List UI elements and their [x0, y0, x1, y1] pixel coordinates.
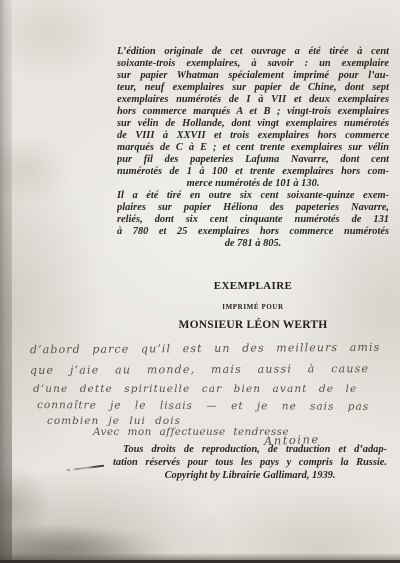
limitation-line: de 781 à 805. — [117, 238, 389, 250]
limitation-statement: L’édition originale de cet ouvrage a été… — [117, 46, 389, 190]
rights-line: Tous droits de reproduction, de traducti… — [113, 443, 387, 456]
dedication-line: connaître je le lisais — et je ne sais p… — [37, 399, 369, 413]
rights-line: tation réservés pour tous les pays y com… — [113, 456, 387, 469]
limitation-line: hors commerce marqués A et B ; vingt-tro… — [117, 106, 389, 118]
book-colophon-page: L’édition originale de cet ouvrage a été… — [0, 0, 400, 563]
limitation-line: soixante-trois exemplaires, à savoir : u… — [117, 58, 389, 70]
limitation-line: sur vélin de Hollande, dont vingt exempl… — [117, 118, 389, 130]
limitation-line: marqués de C à E ; et cent trente exempl… — [117, 142, 389, 154]
printed-for-label: IMPRIMÉ POUR — [117, 303, 389, 311]
exemplaire-heading: EXEMPLAIRE — [117, 280, 389, 292]
dedication-line: d’abord parce qu’il est un des meilleurs… — [30, 341, 380, 356]
limitation-line: L’édition originale de cet ouvrage a été… — [117, 46, 389, 58]
limitation-line: de VIII à XXVII et trois exemplaires hor… — [117, 130, 389, 142]
limitation-line: teur, neuf exemplaires sur papier de Chi… — [117, 82, 389, 94]
limitation-line: sur papier Whatman spécialement imprimé … — [117, 70, 389, 82]
dedication-line: d’une dette spirituelle car bien avant d… — [33, 383, 357, 395]
limitation-line: à 780 et 25 exemplaires hors commerce nu… — [117, 226, 389, 238]
limitation-line: reliés, dont six cent cinquante numéroté… — [117, 214, 389, 226]
limitation-line: Il a été tiré en outre six cent soixante… — [117, 190, 389, 202]
dedication-line: Avec mon affectueuse tendresse — [93, 426, 289, 438]
limitation-line: merce numérotés de 101 à 130. — [117, 178, 389, 190]
limitation-statement-continued: Il a été tiré en outre six cent soixante… — [117, 190, 389, 250]
scan-bottom-shadow — [0, 553, 400, 560]
limitation-line: plaires sur papier Héliona des papeterie… — [117, 202, 389, 214]
limitation-line: exemplaires numérotés de I à VII et deux… — [117, 94, 389, 106]
recipient-name: MONSIEUR LÉON WERTH — [117, 319, 389, 331]
limitation-line: numérotés de 1 à 100 et trente exemplair… — [117, 166, 389, 178]
copyright-line: Copyright by Librairie Gallimard, 1939. — [113, 469, 387, 482]
limitation-line: pur fil des papeteries Lafuma Navarre, d… — [117, 154, 389, 166]
dedication-line: que j’aie au monde, mais aussi à cause — [30, 362, 369, 377]
